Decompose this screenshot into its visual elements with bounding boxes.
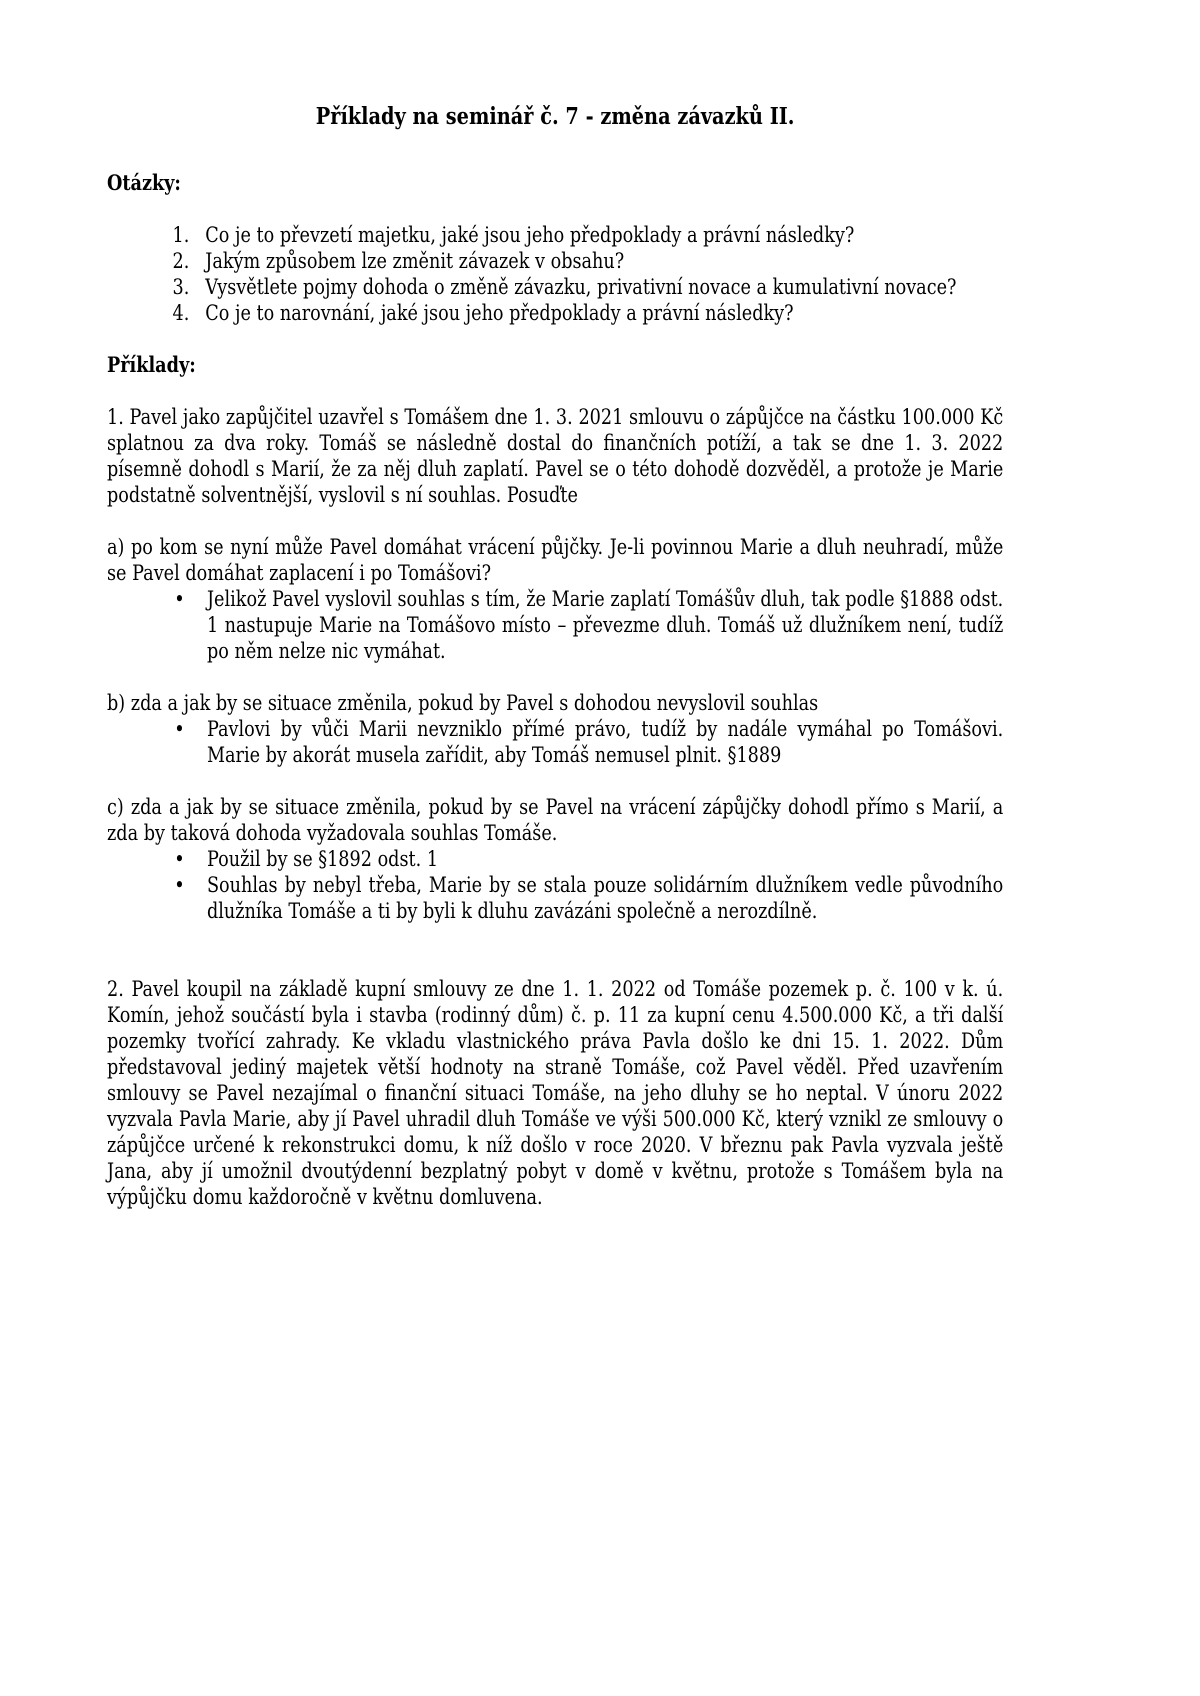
question-text: Vysvětlete pojmy dohoda o změně závazku,… (205, 275, 956, 299)
example-1c-question: c) zda a jak by se situace změnila, poku… (107, 794, 1003, 846)
question-item: 3. Vysvětlete pojmy dohoda o změně závaz… (107, 274, 1003, 300)
question-number: 4. (173, 300, 190, 326)
document-page: Příklady na seminář č. 7 - změna závazků… (107, 104, 1003, 1210)
bullet-icon: • (174, 586, 184, 612)
example-1a-answers: • Jelikož Pavel vyslovil souhlas s tím, … (107, 586, 1003, 664)
question-item: 4. Co je to narovnání, jaké jsou jeho př… (107, 300, 1003, 326)
question-number: 1. (173, 222, 190, 248)
answer-bullet: • Souhlas by nebyl třeba, Marie by se st… (107, 872, 1003, 924)
answer-bullet: • Pavlovi by vůči Marii nevzniklo přímé … (107, 716, 1003, 768)
answer-text: Pavlovi by vůči Marii nevzniklo přímé pr… (207, 717, 1003, 767)
answer-bullet: • Použil by se §1892 odst. 1 (107, 846, 1003, 872)
example-1-text: 1. Pavel jako zapůjčitel uzavřel s Tomáš… (107, 404, 1003, 508)
document-body: Příklady na seminář č. 7 - změna závazků… (107, 104, 1003, 1210)
bullet-icon: • (174, 872, 184, 898)
question-text: Co je to převzetí majetku, jaké jsou jeh… (205, 223, 854, 247)
question-text: Co je to narovnání, jaké jsou jeho předp… (205, 301, 793, 325)
example-1b-answers: • Pavlovi by vůči Marii nevzniklo přímé … (107, 716, 1003, 768)
answer-text: Souhlas by nebyl třeba, Marie by se stal… (207, 873, 1003, 923)
question-item: 1. Co je to převzetí majetku, jaké jsou … (107, 222, 1003, 248)
answer-text: Použil by se §1892 odst. 1 (207, 847, 438, 871)
questions-list: 1. Co je to převzetí majetku, jaké jsou … (107, 222, 1003, 326)
example-1a-question: a) po kom se nyní může Pavel domáhat vrá… (107, 534, 1003, 586)
example-2-text: 2. Pavel koupil na základě kupní smlouvy… (107, 976, 1003, 1210)
answer-bullet: • Jelikož Pavel vyslovil souhlas s tím, … (107, 586, 1003, 664)
question-number: 3. (173, 274, 190, 300)
questions-heading: Otázky: (107, 170, 1003, 196)
bullet-icon: • (174, 846, 184, 872)
example-1c-answers: • Použil by se §1892 odst. 1 • Souhlas b… (107, 846, 1003, 924)
question-text: Jakým způsobem lze změnit závazek v obsa… (205, 249, 624, 273)
document-title: Příklady na seminář č. 7 - změna závazků… (107, 104, 1003, 144)
question-number: 2. (173, 248, 190, 274)
question-item: 2. Jakým způsobem lze změnit závazek v o… (107, 248, 1003, 274)
example-1b-question: b) zda a jak by se situace změnila, poku… (107, 690, 1003, 716)
answer-text: Jelikož Pavel vyslovil souhlas s tím, že… (207, 587, 1003, 663)
examples-heading: Příklady: (107, 352, 1003, 378)
bullet-icon: • (174, 716, 184, 742)
